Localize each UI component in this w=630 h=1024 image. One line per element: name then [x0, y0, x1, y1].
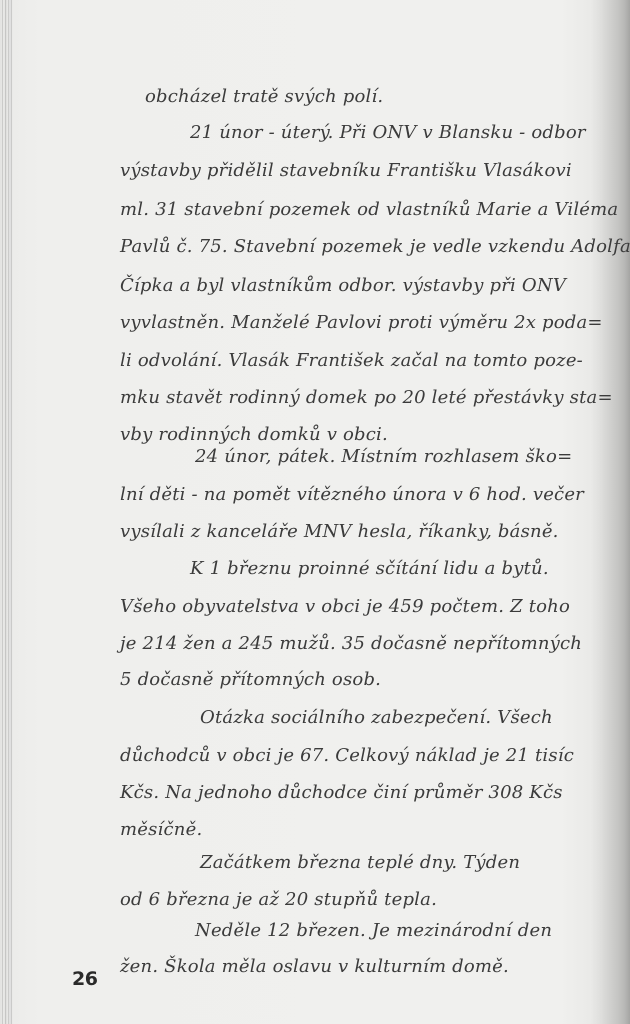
handwritten-line: vysílali z kanceláře MNV hesla, říkanky,…	[120, 521, 559, 542]
handwritten-line: mku stavět rodinný domek po 20 leté přes…	[120, 387, 613, 408]
handwritten-line: výstavby přidělil stavebníku Františku V…	[120, 160, 572, 181]
handwritten-line: Začátkem března teplé dny. Týden	[200, 852, 520, 873]
handwritten-line: od 6 března je až 20 stupňů tepla.	[120, 889, 437, 910]
handwritten-line: lní děti - na pomět vítězného února v 6 …	[120, 484, 584, 505]
handwritten-line: K 1 březnu proinné sčítání lidu a bytů.	[190, 558, 549, 579]
handwritten-line: Čípka a byl vlastníkům odbor. výstavby p…	[120, 275, 566, 296]
handwritten-line: žen. Škola měla oslavu v kulturním domě.	[120, 956, 509, 977]
handwritten-line: 21 únor - úterý. Při ONV v Blansku - odb…	[190, 122, 586, 143]
handwritten-line: Pavlů č. 75. Stavební pozemek je vedle v…	[120, 236, 630, 257]
handwritten-line: obcházel tratě svých polí.	[145, 86, 383, 107]
handwritten-line: Neděle 12 březen. Je mezinárodní den	[195, 920, 552, 941]
handwritten-line: 24 únor, pátek. Místním rozhlasem ško=	[195, 446, 572, 467]
handwritten-line: důchodců v obci je 67. Celkový náklad je…	[120, 745, 574, 766]
page-gutter-shadow	[590, 0, 630, 1024]
handwritten-line: Všeho obyvatelstva v obci je 459 počtem.…	[120, 596, 570, 617]
handwritten-line: je 214 žen a 245 mužů. 35 dočasně nepřít…	[120, 633, 582, 654]
handwritten-line: Otázka sociálního zabezpečení. Všech	[200, 707, 553, 728]
handwritten-line: vby rodinných domků v obci.	[120, 424, 388, 445]
page-number: 26	[72, 968, 97, 990]
handwritten-line: 5 dočasně přítomných osob.	[120, 669, 381, 690]
handwritten-line: li odvolání. Vlasák František začal na t…	[120, 350, 583, 371]
book-binding-edge	[0, 0, 14, 1024]
handwritten-line: měsíčně.	[120, 819, 202, 840]
scanned-page: obcházel tratě svých polí. 21 únor - úte…	[0, 0, 630, 1024]
handwritten-line: ml. 31 stavební pozemek od vlastníků Mar…	[120, 199, 618, 220]
handwritten-line: vyvlastněn. Manželé Pavlovi proti výměru…	[120, 312, 603, 333]
handwritten-line: Kčs. Na jednoho důchodce činí průměr 308…	[120, 782, 563, 803]
